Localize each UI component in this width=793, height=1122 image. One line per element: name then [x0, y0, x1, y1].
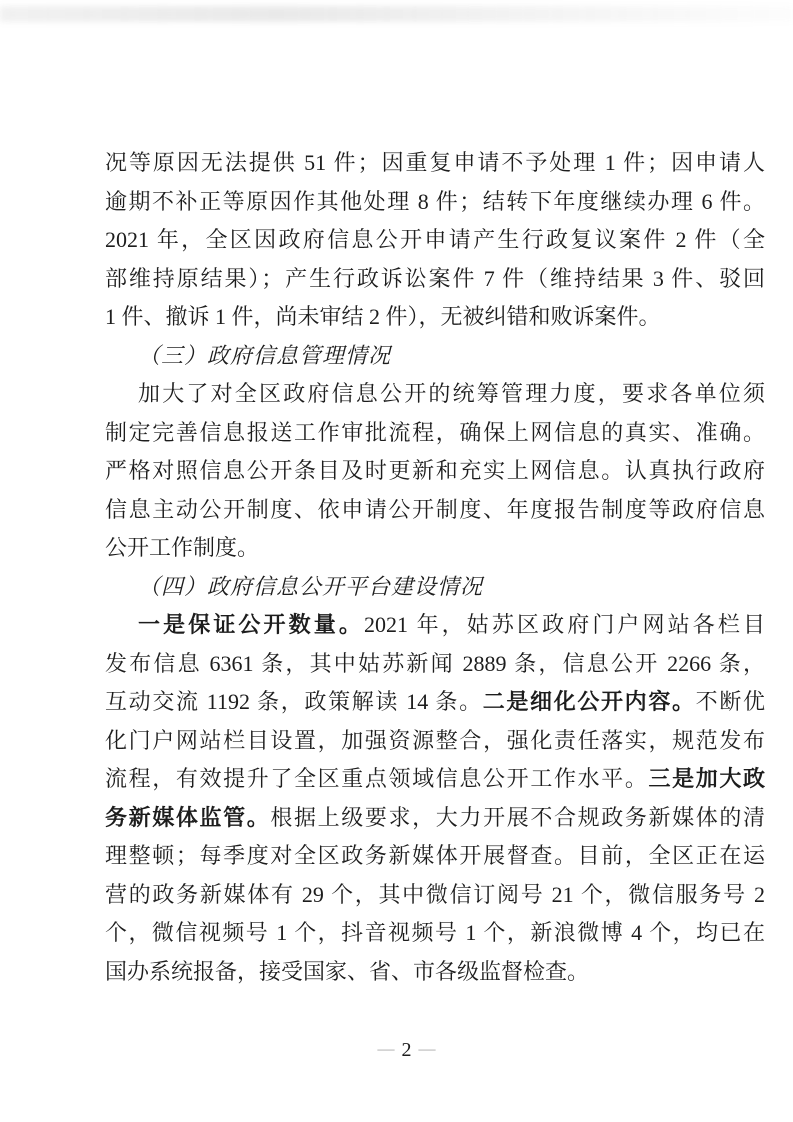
text-line: 2021 年，全区因政府信息公开申请产生行政复议案件 2 件（全	[105, 221, 765, 260]
bold-text-segment: 一是保证公开数量。	[138, 612, 364, 637]
text-segment: 信息主动公开制度、依申请公开制度、年度报告制度等政府信息	[105, 497, 765, 522]
text-line: 信息主动公开制度、依申请公开制度、年度报告制度等政府信息	[105, 491, 765, 530]
text-segment: 2021 年，全区因政府信息公开申请产生行政复议案件 2 件（全	[105, 227, 765, 252]
text-segment: 加大了对全区政府信息公开的统筹管理力度，要求各单位须	[138, 381, 765, 406]
text-segment: （四）政府信息公开平台建设情况	[138, 574, 483, 599]
text-segment: 况等原因无法提供 51 件；因重复申请不予处理 1 件；因申请人	[105, 150, 765, 175]
bold-text-segment: 务新媒体监管。	[105, 805, 270, 830]
text-line: 一是保证公开数量。2021 年，姑苏区政府门户网站各栏目	[105, 606, 765, 645]
scan-shadow-band	[0, 6, 793, 22]
text-line: 制定完善信息报送工作审批流程，确保上网信息的真实、准确。	[105, 414, 765, 453]
text-segment: 个，微信视频号 1 个，抖音视频号 1 个，新浪微博 4 个，均已在	[105, 920, 765, 945]
page-number: 2	[402, 1039, 412, 1061]
text-segment: 发布信息 6361 条，其中姑苏新闻 2889 条，信息公开 2266 条，	[105, 651, 765, 676]
text-segment: 互动交流 1192 条，政策解读 14 条。	[105, 689, 483, 714]
text-segment: 营的政务新媒体有 29 个，其中微信订阅号 21 个，微信服务号 2	[105, 882, 765, 907]
bold-text-segment: 二是细化公开内容。	[483, 689, 696, 714]
text-segment: 化门户网站栏目设置，加强资源整合，强化责任落实，规范发布	[105, 728, 765, 753]
document-page: { "document": { "language": "zh-CN", "fo…	[0, 0, 793, 1122]
text-segment: 制定完善信息报送工作审批流程，确保上网信息的真实、准确。	[105, 420, 765, 445]
text-segment: 流程，有效提升了全区重点领域信息公开工作水平。	[105, 766, 648, 791]
text-line: 国办系统报备，接受国家、省、市各级监督检查。	[105, 953, 765, 992]
text-line: 发布信息 6361 条，其中姑苏新闻 2889 条，信息公开 2266 条，	[105, 645, 765, 684]
text-segment: 部维持原结果）；产生行政诉讼案件 7 件（维持结果 3 件、驳回	[105, 266, 765, 291]
section-heading: （四）政府信息公开平台建设情况	[105, 568, 765, 607]
text-line: 公开工作制度。	[105, 529, 765, 568]
text-segment: 严格对照信息公开条目及时更新和充实上网信息。认真执行政府	[105, 458, 765, 483]
text-line: 互动交流 1192 条，政策解读 14 条。二是细化公开内容。不断优	[105, 683, 765, 722]
section-heading: （三）政府信息管理情况	[105, 337, 765, 376]
text-segment: 根据上级要求，大力开展不合规政务新媒体的清	[270, 805, 765, 830]
text-line: 个，微信视频号 1 个，抖音视频号 1 个，新浪微博 4 个，均已在	[105, 914, 765, 953]
text-segment: （三）政府信息管理情况	[138, 343, 391, 368]
text-segment: 逾期不补正等原因作其他处理 8 件；结转下年度继续办理 6 件。	[105, 189, 765, 214]
text-line: 化门户网站栏目设置，加强资源整合，强化责任落实，规范发布	[105, 722, 765, 761]
text-line: 流程，有效提升了全区重点领域信息公开工作水平。三是加大政	[105, 760, 765, 799]
page-footer: —2—	[10, 1036, 793, 1063]
text-line: 1 件、撤诉 1 件，尚未审结 2 件），无被纠错和败诉案件。	[105, 298, 765, 337]
text-line: 严格对照信息公开条目及时更新和充实上网信息。认真执行政府	[105, 452, 765, 491]
text-line: 营的政务新媒体有 29 个，其中微信订阅号 21 个，微信服务号 2	[105, 876, 765, 915]
document-body: 况等原因无法提供 51 件；因重复申请不予处理 1 件；因申请人逾期不补正等原因…	[105, 144, 765, 991]
text-segment: 理整顿；每季度对全区政务新媒体开展督查。目前，全区正在运	[105, 843, 765, 868]
text-line: 加大了对全区政府信息公开的统筹管理力度，要求各单位须	[105, 375, 765, 414]
text-segment: 国办系统报备，接受国家、省、市各级监督检查。	[105, 959, 589, 984]
footer-dash-right: —	[412, 1039, 443, 1058]
text-line: 况等原因无法提供 51 件；因重复申请不予处理 1 件；因申请人	[105, 144, 765, 183]
text-segment: 1 件、撤诉 1 件，尚未审结 2 件），无被纠错和败诉案件。	[105, 304, 661, 329]
text-line: 部维持原结果）；产生行政诉讼案件 7 件（维持结果 3 件、驳回	[105, 260, 765, 299]
text-line: 理整顿；每季度对全区政务新媒体开展督查。目前，全区正在运	[105, 837, 765, 876]
footer-dash-left: —	[371, 1039, 402, 1058]
text-segment: 2021 年，姑苏区政府门户网站各栏目	[364, 612, 765, 637]
text-line: 逾期不补正等原因作其他处理 8 件；结转下年度继续办理 6 件。	[105, 183, 765, 222]
bold-text-segment: 三是加大政	[648, 766, 765, 791]
text-segment: 不断优	[696, 689, 765, 714]
text-segment: 公开工作制度。	[105, 535, 259, 560]
text-line: 务新媒体监管。根据上级要求，大力开展不合规政务新媒体的清	[105, 799, 765, 838]
